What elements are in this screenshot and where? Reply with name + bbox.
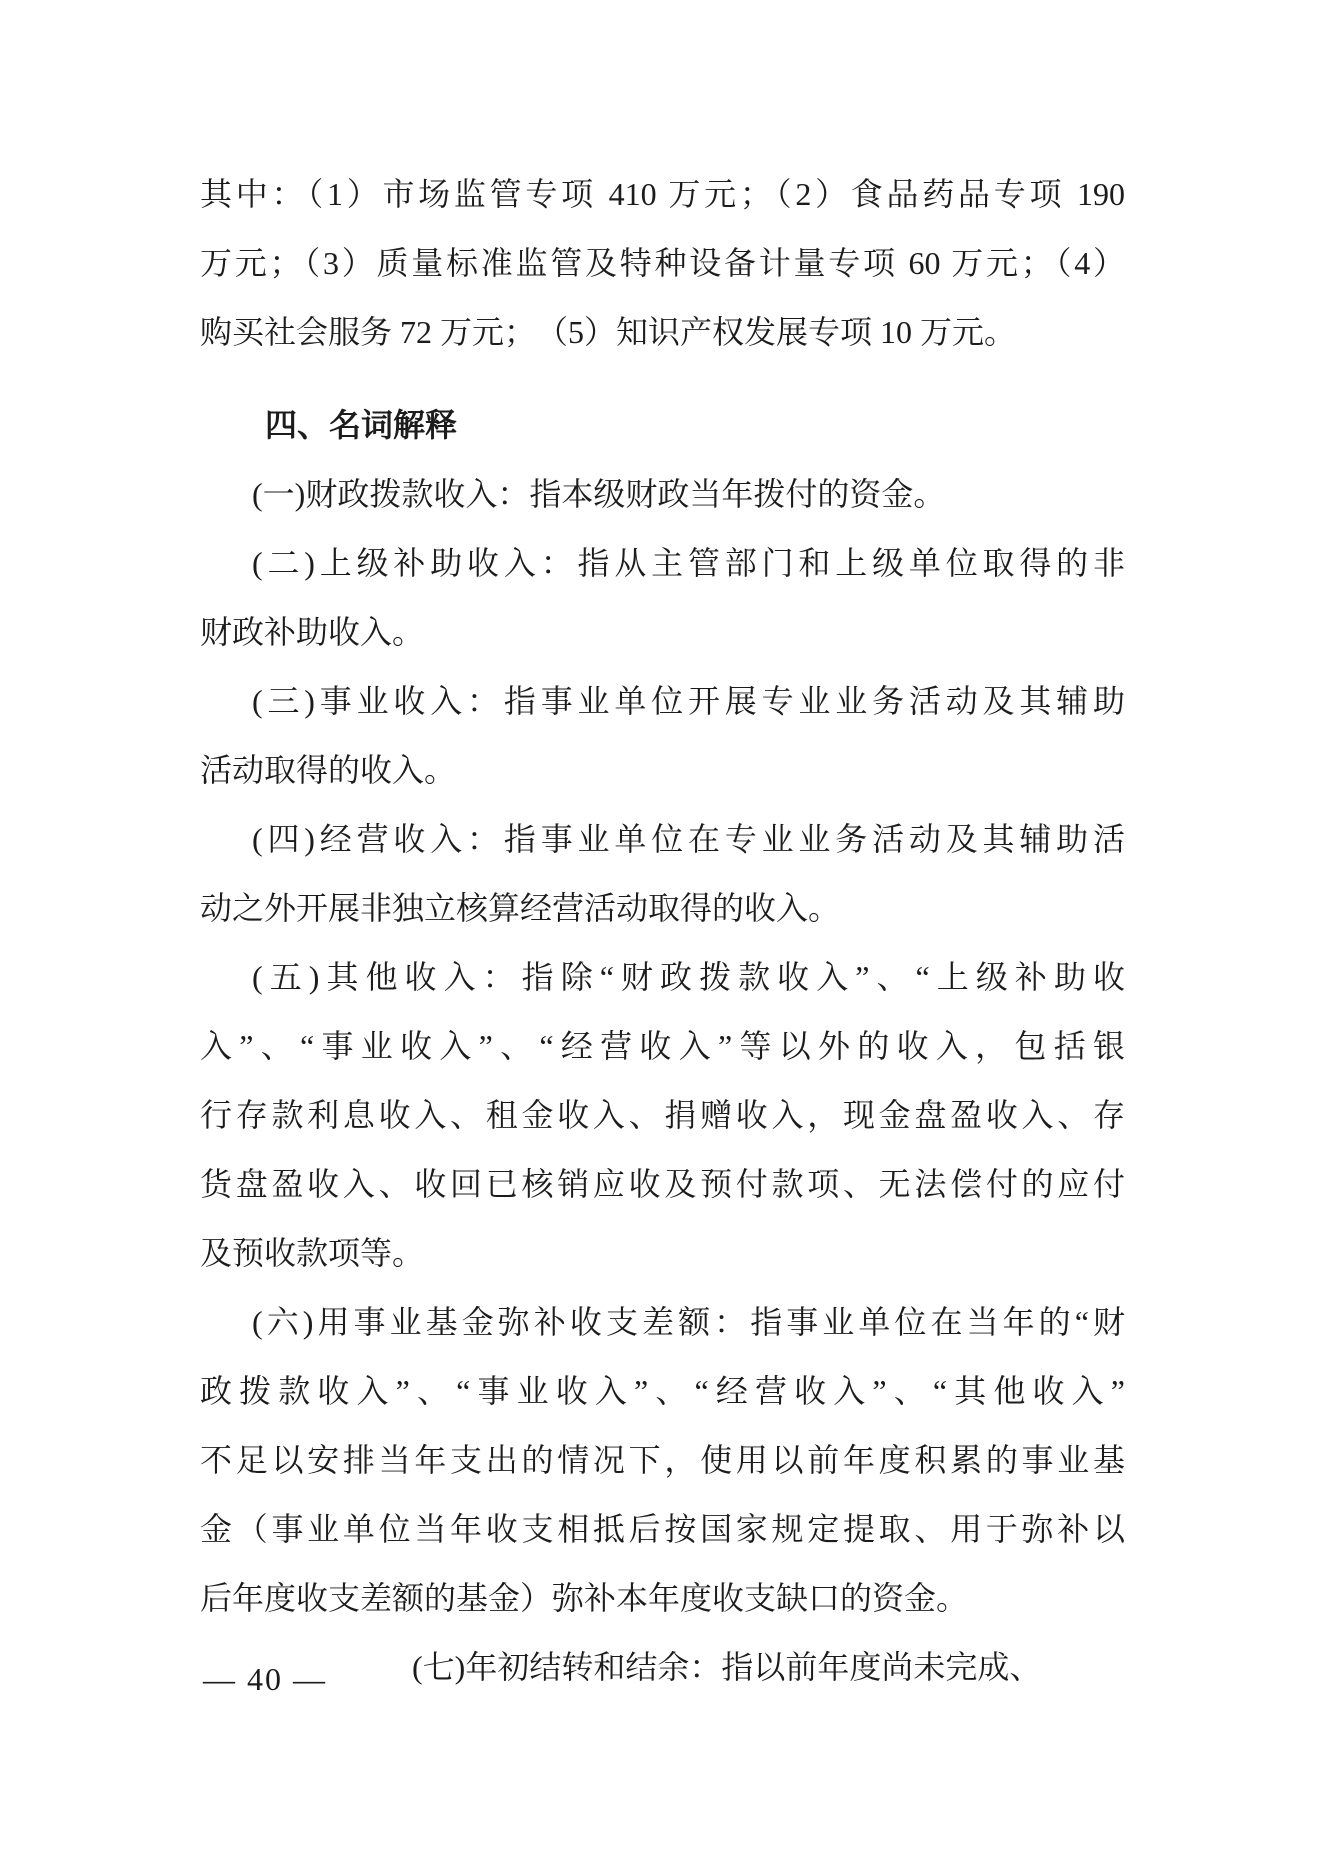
definition-item-6: (六)用事业基金弥补收支差额：指事业单位在当年的“财 政拨款收入”、“事业收入”…: [200, 1288, 1125, 1633]
document-page: 其中：（1）市场监管专项 410 万元；（2）食品药品专项 190 万元；（3）…: [0, 0, 1323, 1871]
definition-line: 财政补助收入。: [200, 598, 1125, 667]
definition-line: (三)事业收入：指事业单位开展专业业务活动及其辅助: [252, 667, 1125, 736]
definition-line: 金（事业单位当年收支相抵后按国家规定提取、用于弥补以: [200, 1495, 1125, 1564]
definition-line: 货盘盈收入、收回已核销应收及预付款项、无法偿付的应付: [200, 1150, 1125, 1219]
definition-line: 活动取得的收入。: [200, 736, 1125, 805]
definition-line: 后年度收支差额的基金）弥补本年度收支缺口的资金。: [200, 1564, 1125, 1633]
definition-item-3: (三)事业收入：指事业单位开展专业业务活动及其辅助 活动取得的收入。: [200, 667, 1125, 805]
definition-line: (二)上级补助收入：指从主管部门和上级单位取得的非: [252, 529, 1125, 598]
intro-line-2: 万元；（3）质量标准监管及特种设备计量专项 60 万元；（4）: [200, 229, 1125, 298]
intro-line-1: 其中：（1）市场监管专项 410 万元；（2）食品药品专项 190: [200, 160, 1125, 229]
definition-line: 政拨款收入”、“事业收入”、“经营收入”、“其他收入”: [200, 1357, 1125, 1426]
definition-line: 行存款利息收入、租金收入、捐赠收入，现金盘盈收入、存: [200, 1081, 1125, 1150]
definition-item-7: (七)年初结转和结余：指以前年度尚未完成、: [200, 1633, 1125, 1702]
definition-line: 动之外开展非独立核算经营活动取得的收入。: [200, 874, 1125, 943]
definition-line: (五)其他收入：指除“财政拨款收入”、“上级补助收: [252, 943, 1125, 1012]
definition-line: 及预收款项等。: [200, 1219, 1125, 1288]
section-heading: 四、名词解释: [265, 391, 1125, 460]
definition-line: (六)用事业基金弥补收支差额：指事业单位在当年的“财: [252, 1288, 1125, 1357]
definition-item-1: (一)财政拨款收入：指本级财政当年拨付的资金。: [200, 460, 1125, 529]
definition-item-2: (二)上级补助收入：指从主管部门和上级单位取得的非 财政补助收入。: [200, 529, 1125, 667]
definition-item-5: (五)其他收入：指除“财政拨款收入”、“上级补助收 入”、“事业收入”、“经营收…: [200, 943, 1125, 1288]
definition-line: (七)年初结转和结余：指以前年度尚未完成、: [412, 1633, 1125, 1702]
definition-line: (四)经营收入：指事业单位在专业业务活动及其辅助活: [252, 805, 1125, 874]
page-number: — 40 —: [203, 1657, 327, 1701]
body-text: 其中：（1）市场监管专项 410 万元；（2）食品药品专项 190 万元；（3）…: [200, 160, 1125, 1702]
definition-line: (一)财政拨款收入：指本级财政当年拨付的资金。: [252, 460, 1125, 529]
definition-line: 不足以安排当年支出的情况下，使用以前年度积累的事业基: [200, 1426, 1125, 1495]
intro-line-3: 购买社会服务 72 万元； （5）知识产权发展专项 10 万元。: [200, 298, 1125, 367]
definition-item-4: (四)经营收入：指事业单位在专业业务活动及其辅助活 动之外开展非独立核算经营活动…: [200, 805, 1125, 943]
definition-line: 入”、“事业收入”、“经营收入”等以外的收入，包括银: [200, 1012, 1125, 1081]
